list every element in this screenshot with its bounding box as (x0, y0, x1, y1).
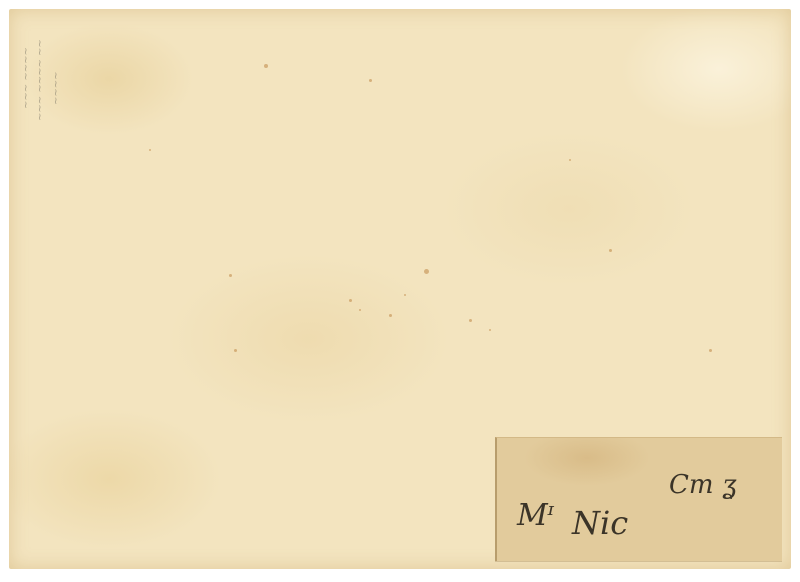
foxing-spot (569, 159, 571, 161)
foxing-spot (229, 274, 232, 277)
foxing-spot (369, 79, 372, 82)
pencil-note: ~~~ ~~~~ ~~ (35, 39, 46, 121)
handwriting-word: Nic (572, 504, 628, 542)
pasted-handwritten-label: Mᶦ Nic Cm ʓ (495, 437, 782, 561)
handwriting-word: Cm ʓ (669, 470, 736, 500)
foxing-spot (264, 64, 268, 68)
foxing-spot (424, 269, 429, 274)
foxing-spot (489, 329, 491, 331)
foxing-spot (234, 349, 237, 352)
foxing-spot (389, 314, 392, 317)
foxing-spot (709, 349, 712, 352)
foxing-spot (404, 294, 406, 296)
foxing-spot (349, 299, 352, 302)
foxing-spot (609, 249, 612, 252)
foxing-spot (149, 149, 151, 151)
foxing-spot (469, 319, 472, 322)
pencil-note: ~~~~ (51, 71, 62, 105)
foxing-spot (359, 309, 361, 311)
handwriting-word: Mᶦ (517, 498, 554, 533)
pencil-note: ~~~ ~~~~ (21, 47, 32, 109)
